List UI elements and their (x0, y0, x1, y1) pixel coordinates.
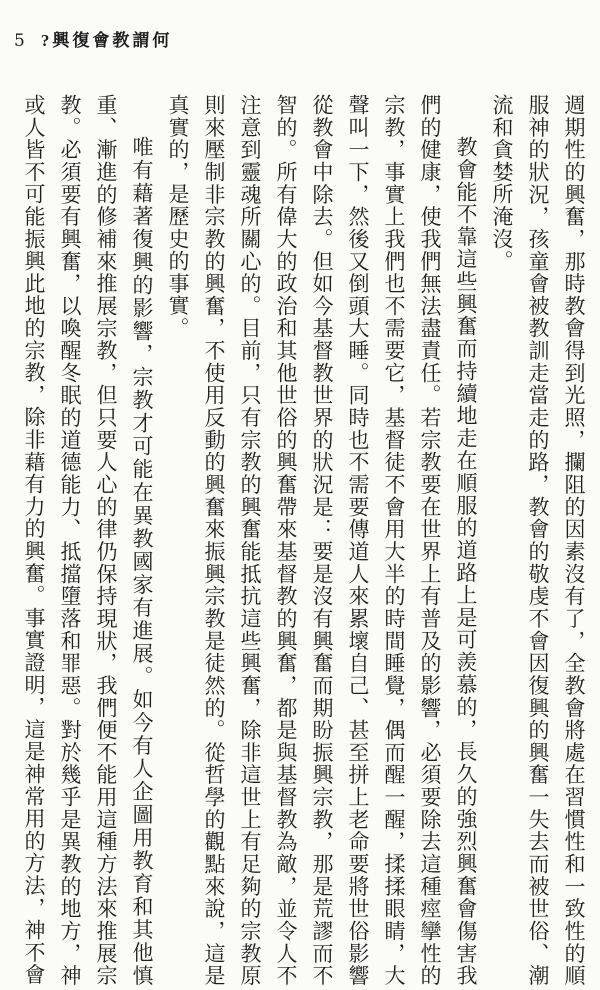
running-title: ?興復會教謂何 (41, 26, 173, 51)
body-text: 週期性的興奮，那時教會得到光照，攔阻的因素沒有了，全教會將處在習慣性和一致性的順… (16, 94, 592, 987)
book-page: 5 ?興復會教謂何 週期性的興奮，那時教會得到光照，攔阻的因素沒有了，全教會將處… (0, 0, 600, 990)
paragraph-3: 唯有藉著復興的影響，宗教才可能在異教國家有進展。如今有人企圖用教育和其他慎重、漸… (16, 94, 160, 987)
paragraph-2: 教會能不靠這些興奮而持續地走在順服的道路上是可羨慕的，長久的強烈興奮會傷害我們的… (160, 94, 484, 987)
paragraph-1: 週期性的興奮，那時教會得到光照，攔阻的因素沒有了，全教會將處在習慣性和一致性的順… (484, 94, 592, 987)
page-header: 5 ?興復會教謂何 (14, 26, 172, 51)
page-number: 5 (14, 31, 25, 51)
